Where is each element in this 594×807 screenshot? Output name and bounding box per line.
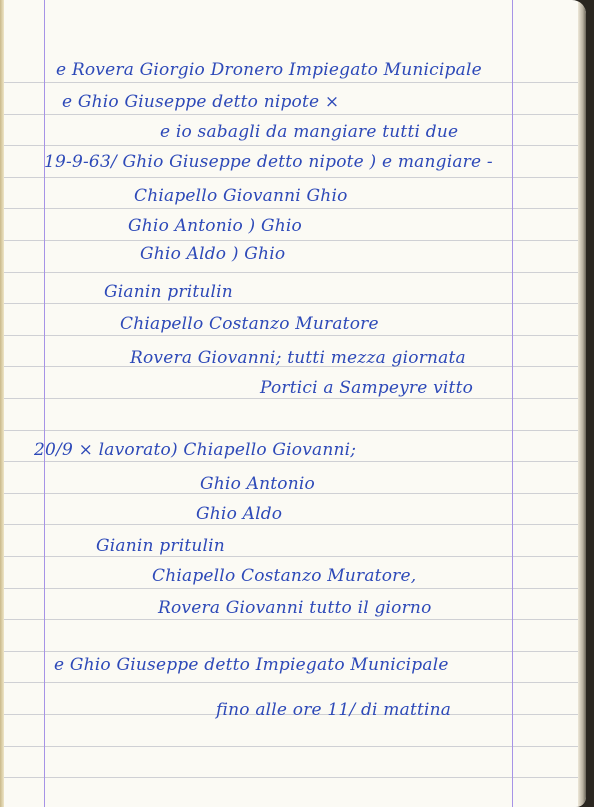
- handwritten-line: 20/9 × lavorato) Chiapello Giovanni;: [34, 440, 356, 460]
- ruled-line: [4, 335, 578, 336]
- handwritten-line: Portici a Sampeyre vitto: [260, 378, 473, 398]
- ruled-line: [4, 461, 578, 462]
- ruled-line: [4, 556, 578, 557]
- ruled-line: [4, 240, 578, 241]
- handwritten-line: Ghio Aldo ) Ghio: [140, 244, 285, 264]
- handwritten-line: 19-9-63/ Ghio Giuseppe detto nipote ) e …: [44, 152, 493, 172]
- handwritten-line: Ghio Antonio: [200, 474, 315, 494]
- ruled-line: [4, 682, 578, 683]
- handwritten-line: e Ghio Giuseppe detto Impiegato Municipa…: [54, 655, 449, 675]
- handwritten-line: e Rovera Giorgio Dronero Impiegato Munic…: [56, 60, 482, 80]
- ruled-line: [4, 177, 578, 178]
- notebook-page: e Rovera Giorgio Dronero Impiegato Munic…: [0, 0, 586, 807]
- handwritten-line: Chiapello Costanzo Muratore,: [152, 566, 416, 586]
- ruled-line: [4, 272, 578, 273]
- handwritten-line: Chiapello Costanzo Muratore: [120, 314, 379, 334]
- ruled-line: [4, 777, 578, 778]
- ruled-line: [4, 588, 578, 589]
- ruled-line: [4, 651, 578, 652]
- left-margin-line: [44, 0, 45, 807]
- ruled-line: [4, 145, 578, 146]
- ruled-line: [4, 398, 578, 399]
- ruled-line: [4, 208, 578, 209]
- ruled-line: [4, 303, 578, 304]
- right-margin-line: [512, 0, 513, 807]
- handwritten-line: fino alle ore 11/ di mattina: [216, 700, 451, 720]
- handwritten-line: Ghio Aldo: [196, 504, 282, 524]
- handwritten-line: Rovera Giovanni tutto il giorno: [158, 598, 432, 618]
- page-left-edge: [0, 0, 4, 807]
- ruled-line: [4, 619, 578, 620]
- ruled-line: [4, 524, 578, 525]
- handwritten-line: Gianin pritulin: [104, 282, 233, 302]
- handwritten-line: e Ghio Giuseppe detto nipote ×: [62, 92, 339, 112]
- handwritten-line: e io sabagli da mangiare tutti due: [160, 122, 458, 142]
- handwritten-line: Gianin pritulin: [96, 536, 225, 556]
- ruled-line: [4, 430, 578, 431]
- page-binding-edge: [578, 0, 586, 807]
- handwritten-line: Rovera Giovanni; tutti mezza giornata: [130, 348, 466, 368]
- ruled-line: [4, 82, 578, 83]
- handwritten-line: Ghio Antonio ) Ghio: [128, 216, 302, 236]
- handwritten-line: Chiapello Giovanni Ghio: [134, 186, 348, 206]
- ruled-line: [4, 114, 578, 115]
- ruled-line: [4, 746, 578, 747]
